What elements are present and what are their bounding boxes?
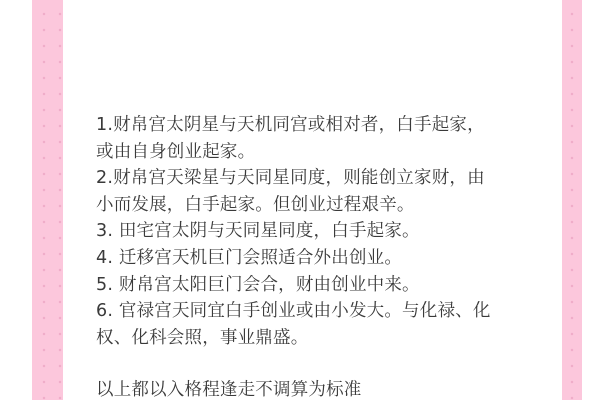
paragraph-line-1: 1.财帛宫太阴星与天机同宫或相对者，白手起家， bbox=[96, 112, 556, 139]
decorative-pink-border-right bbox=[562, 0, 582, 400]
footer-note-line: 以上都以入格程逢走不调算为标准 bbox=[96, 377, 556, 400]
article-body: 1.财帛宫太阴星与天机同宫或相对者，白手起家， 或由自身创业起家。 2.财帛宫天… bbox=[96, 112, 556, 400]
paragraph-line-4: 小而发展，白手起家。但创业过程艰辛。 bbox=[96, 192, 556, 219]
paragraph-line-6: 4. 迁移宫天机巨门会照适合外出创业。 bbox=[96, 245, 556, 272]
paragraph-line-3: 2.财帛宫天梁星与天同星同度，则能创立家财，由 bbox=[96, 165, 556, 192]
paragraph-line-5: 3. 田宅宫太阴与天同星同度，白手起家。 bbox=[96, 218, 556, 245]
paragraph-line-2: 或由自身创业起家。 bbox=[96, 139, 556, 166]
decorative-pink-border-left bbox=[32, 0, 63, 400]
paragraph-gap bbox=[96, 351, 556, 377]
paragraph-line-9: 权、化科会照，事业鼎盛。 bbox=[96, 325, 556, 352]
paragraph-line-7: 5. 财帛宫太阳巨门会合，财由创业中来。 bbox=[96, 272, 556, 299]
paragraph-line-8: 6. 官禄宫天同宜白手创业或由小发大。与化禄、化 bbox=[96, 298, 556, 325]
